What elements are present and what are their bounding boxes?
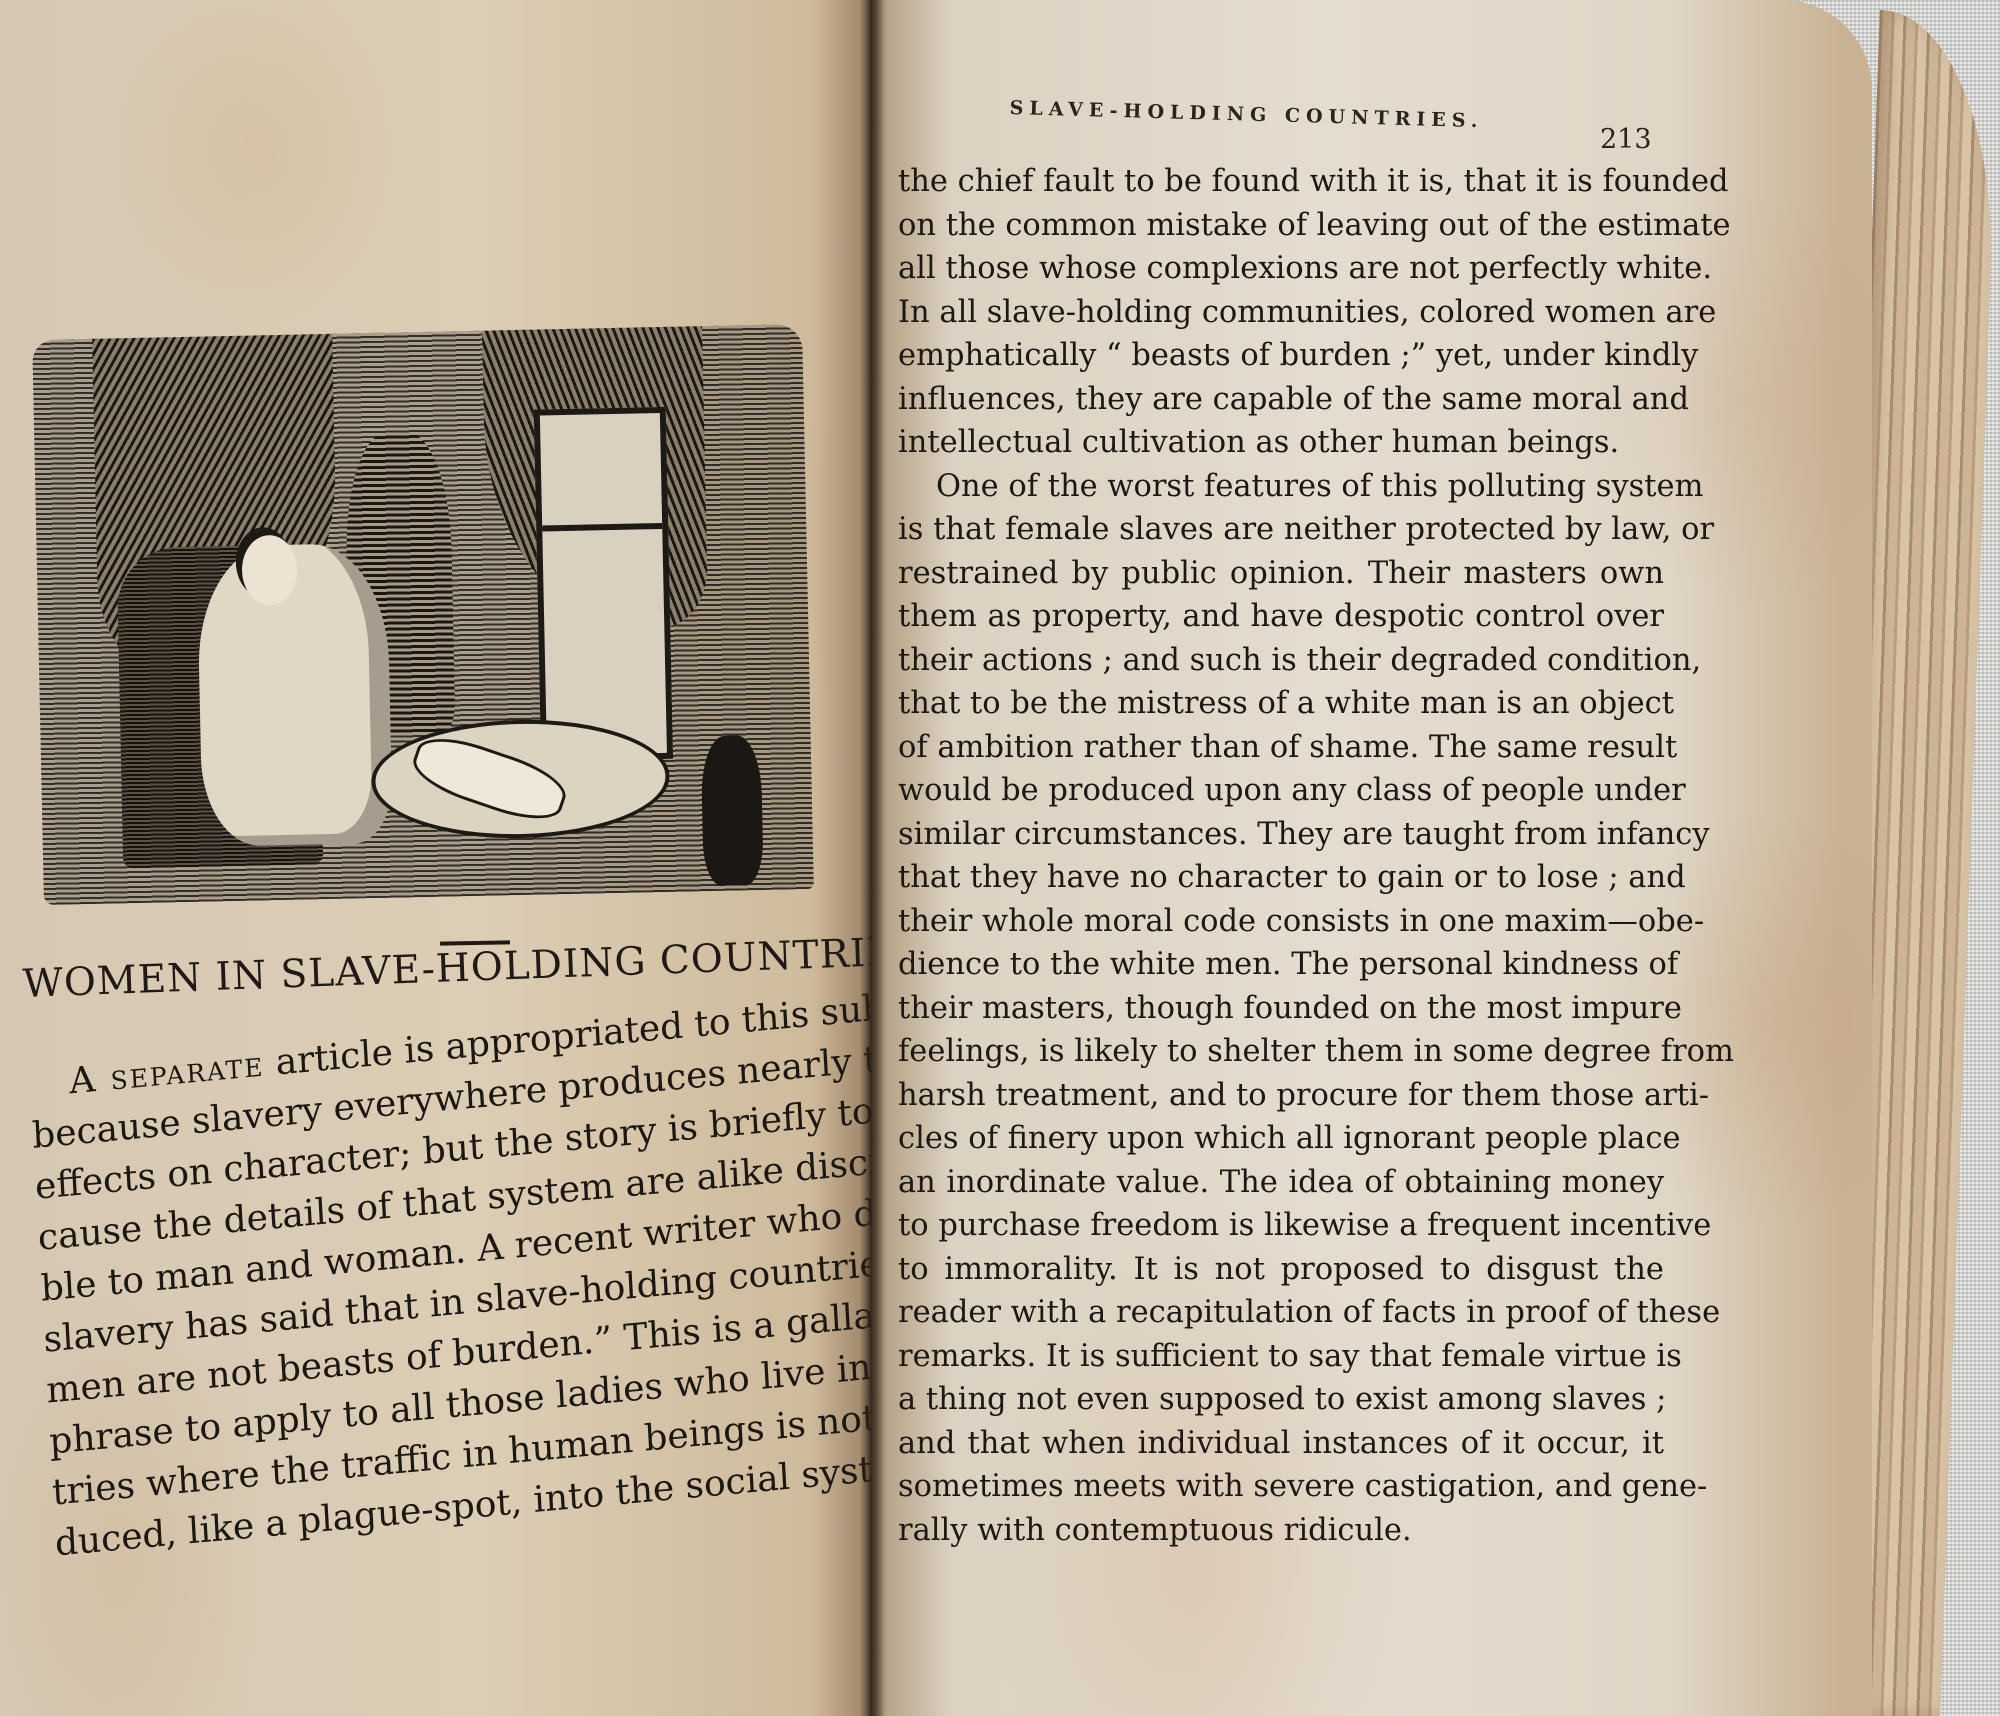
book-gutter bbox=[860, 0, 884, 1716]
text-line: would be produced upon any class of peop… bbox=[898, 769, 1664, 813]
chapter-heading: WOMEN IN SLAVE-HOLDING COUNTRIES. bbox=[22, 932, 843, 1007]
text-line: their actions ; and such is their degrad… bbox=[898, 639, 1664, 683]
text-line: restrained by public opinion. Their mast… bbox=[898, 552, 1664, 596]
text-line: reader with a recapitulation of facts in… bbox=[898, 1291, 1664, 1335]
engraving-illustration bbox=[32, 324, 814, 905]
text-line: their masters, though founded on the mos… bbox=[898, 987, 1664, 1031]
left-page: WOMEN IN SLAVE-HOLDING COUNTRIES. A sepa… bbox=[0, 0, 872, 1716]
text-line: that to be the mistress of a white man i… bbox=[898, 682, 1664, 726]
text-line: the chief fault to be found with it is, … bbox=[898, 160, 1664, 204]
text-line: dience to the white men. The personal ki… bbox=[898, 943, 1664, 987]
text-line: to immorality. It is not proposed to dis… bbox=[898, 1248, 1664, 1292]
seated-woman-figure bbox=[197, 543, 393, 847]
child-figure bbox=[701, 735, 764, 886]
text-line: and that when individual instances of it… bbox=[898, 1422, 1664, 1466]
text-line: to purchase freedom is likewise a freque… bbox=[898, 1204, 1664, 1248]
right-page-text: the chief fault to be found with it is, … bbox=[898, 160, 1668, 1552]
text-line: sometimes meets with severe castigation,… bbox=[898, 1465, 1664, 1509]
text-line: emphatically “ beasts of burden ;” yet, … bbox=[898, 334, 1664, 378]
text-line: remarks. It is sufficient to say that fe… bbox=[898, 1335, 1664, 1379]
text-line: One of the worst features of this pollut… bbox=[898, 465, 1664, 509]
text-line: similar circumstances. They are taught f… bbox=[898, 813, 1664, 857]
page-number: 213 bbox=[1600, 124, 1652, 155]
text-line: on the common mistake of leaving out of … bbox=[898, 204, 1664, 248]
window bbox=[534, 407, 673, 762]
text-line: that they have no character to gain or t… bbox=[898, 856, 1664, 900]
paragraph-1: the chief fault to be found with it is, … bbox=[898, 160, 1668, 465]
text-line: their whole moral code consists in one m… bbox=[898, 900, 1664, 944]
paragraph-2: One of the worst features of this pollut… bbox=[898, 465, 1668, 1553]
text-line: harsh treatment, and to procure for them… bbox=[898, 1074, 1664, 1118]
text-line: influences, they are capable of the same… bbox=[898, 378, 1664, 422]
text-line: intellectual cultivation as other human … bbox=[898, 421, 1664, 465]
text-line: them as property, and have despotic cont… bbox=[898, 595, 1664, 639]
text-line: is that female slaves are neither protec… bbox=[898, 508, 1664, 552]
left-paragraph: A separate article is appropriated to th… bbox=[28, 986, 873, 1570]
text-line: cles of finery upon which all ignorant p… bbox=[898, 1117, 1664, 1161]
text-line: feelings, is likely to shelter them in s… bbox=[898, 1030, 1664, 1074]
text-line: of ambition rather than of shame. The sa… bbox=[898, 726, 1664, 770]
text-line: rally with contemptuous ridicule. bbox=[898, 1509, 1664, 1553]
text-line: all those whose complexions are not perf… bbox=[898, 247, 1664, 291]
text-line: In all slave-holding communities, colore… bbox=[898, 291, 1664, 335]
text-line: an inordinate value. The idea of obtaini… bbox=[898, 1161, 1664, 1205]
text-line: a thing not even supposed to exist among… bbox=[898, 1378, 1664, 1422]
